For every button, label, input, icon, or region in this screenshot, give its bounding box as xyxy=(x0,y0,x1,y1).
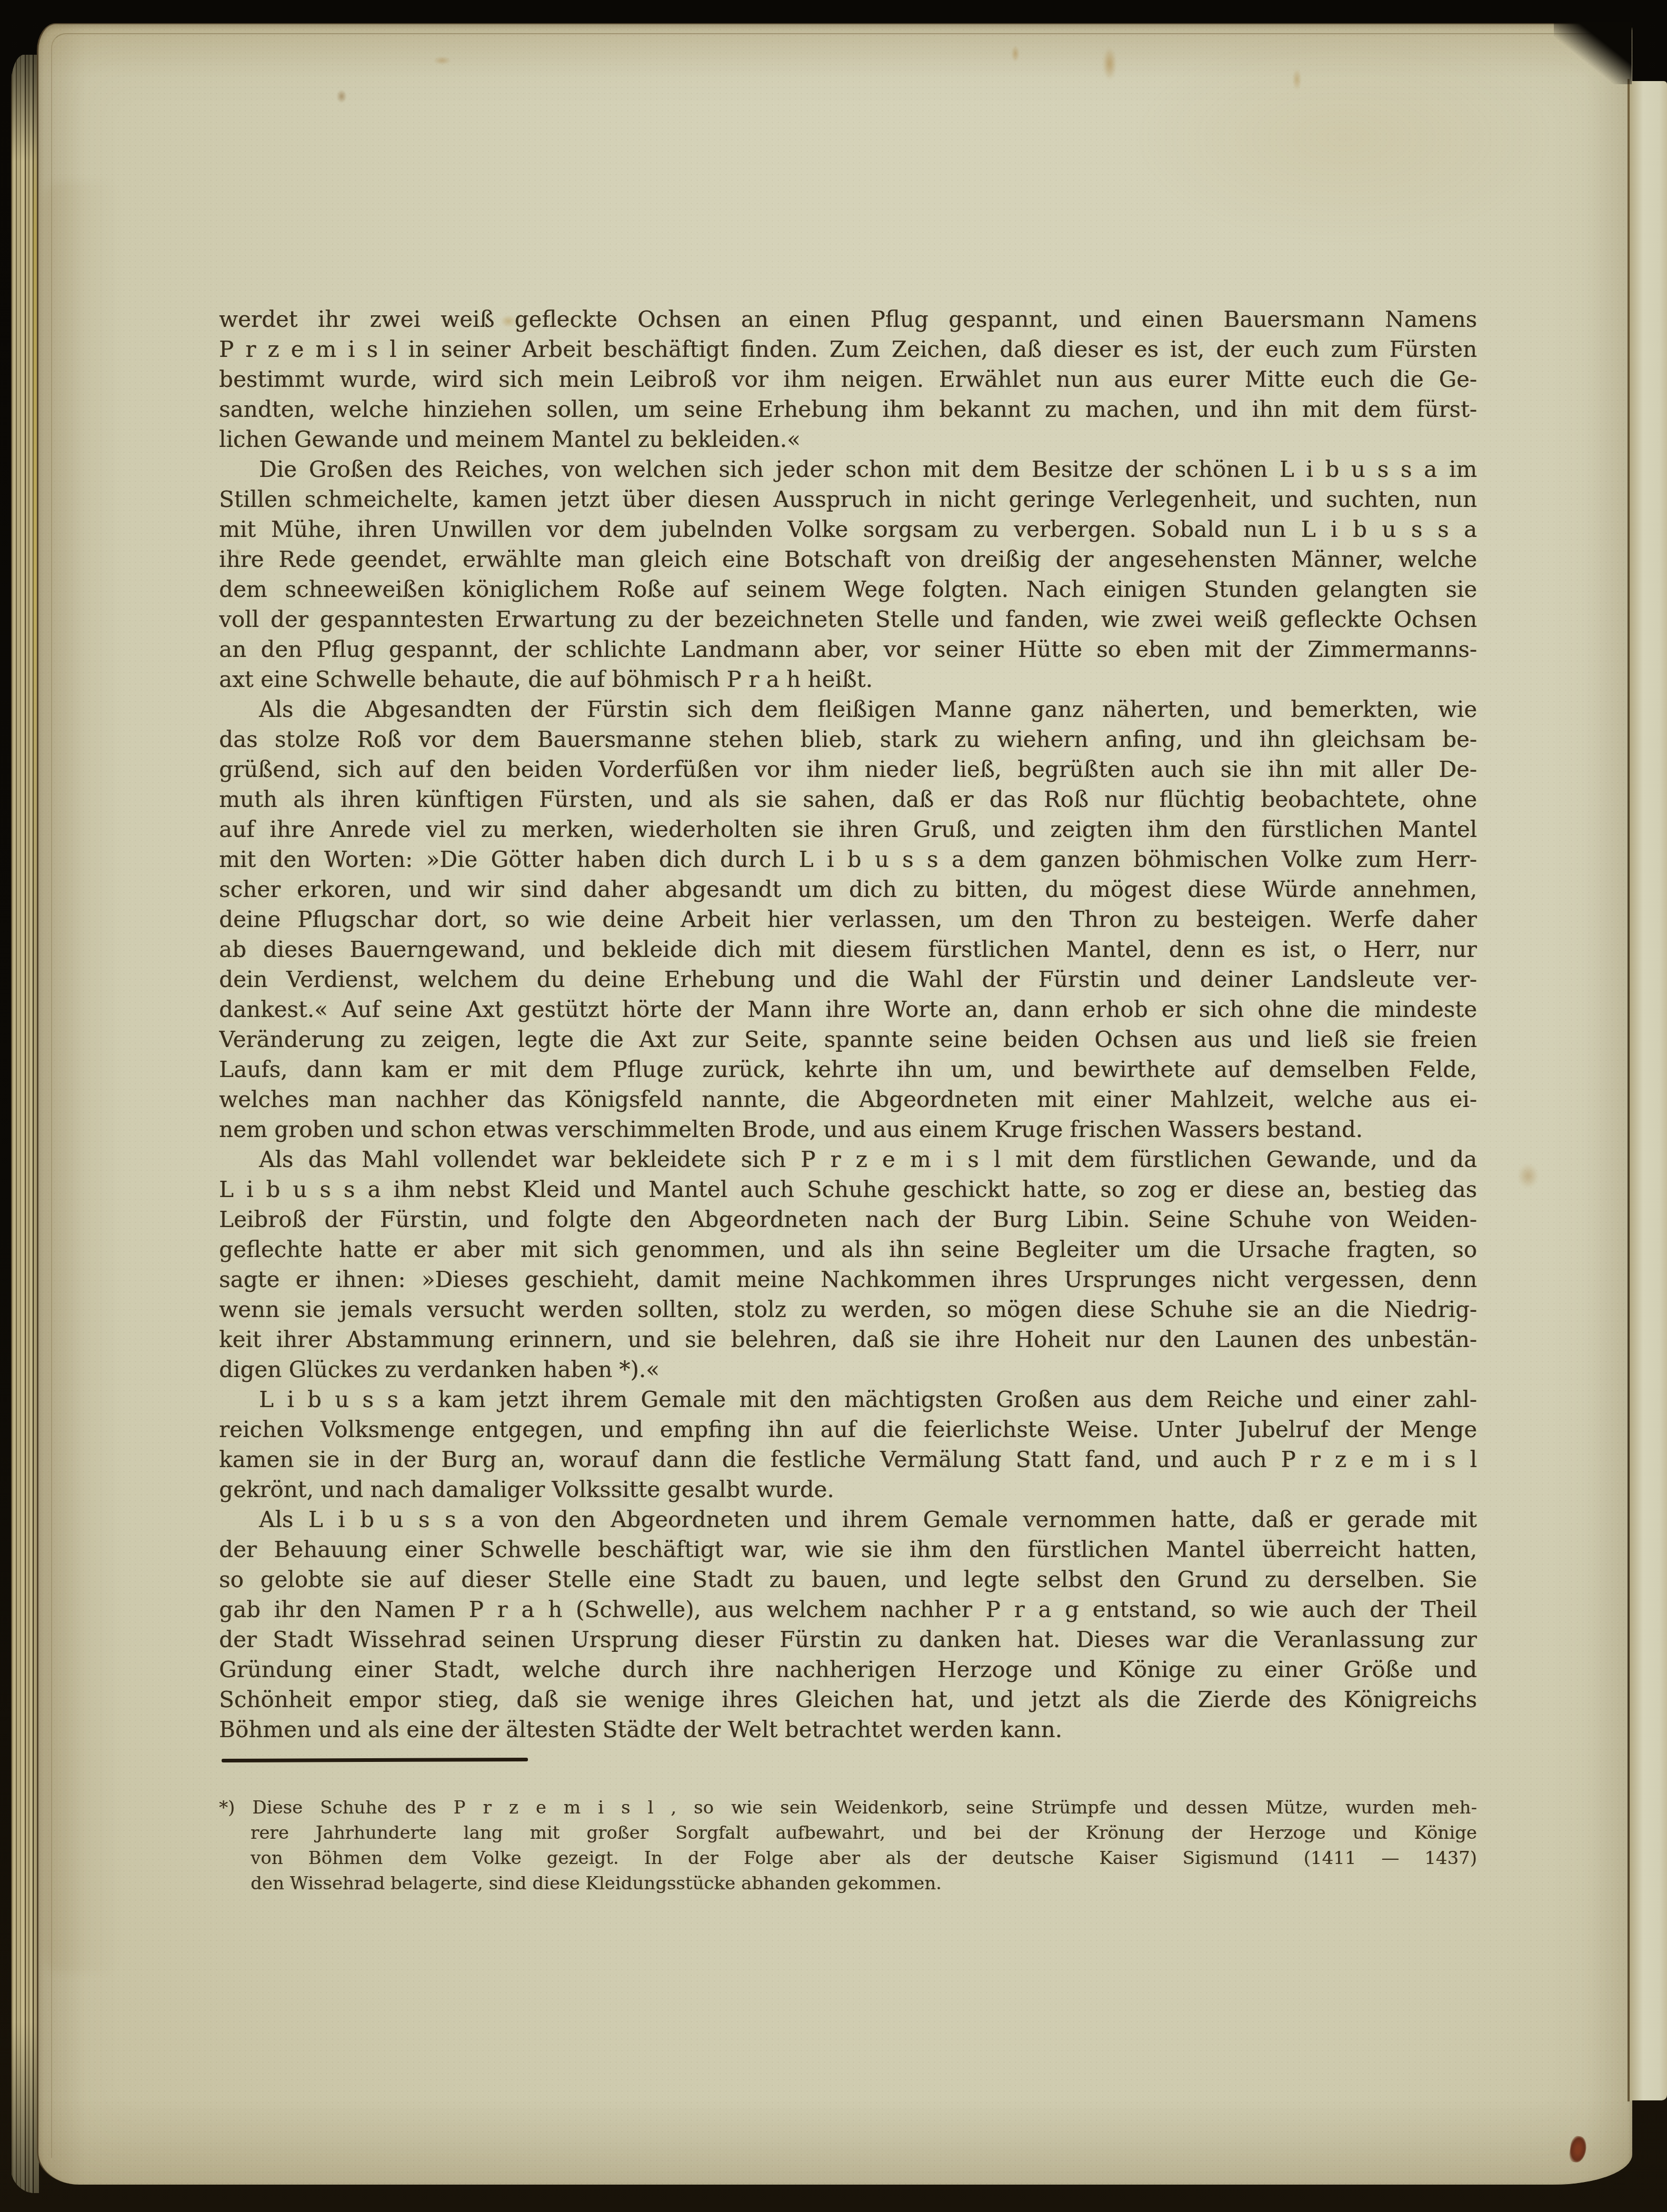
paragraph: werdet ihr zwei weiß gefleckte Ochsen an… xyxy=(219,304,1477,454)
text-line: Schönheit empor stieg, daß sie wenige ih… xyxy=(219,1685,1477,1715)
text-line: Stillen schmeichelte, kamen jetzt über d… xyxy=(219,484,1477,514)
text-line: scher erkoren, und wir sind daher abgesa… xyxy=(219,874,1477,904)
text-line: der Behauung einer Schwelle beschäftigt … xyxy=(219,1535,1477,1565)
text-line: nem groben und schon etwas verschimmelte… xyxy=(219,1114,1477,1144)
paragraph: Als das Mahl vollendet war bekleidete si… xyxy=(219,1144,1477,1384)
text-line: dem schneeweißen königlichem Roße auf se… xyxy=(219,574,1477,604)
text-line: L i b u s s a kam jetzt ihrem Gemale mit… xyxy=(219,1384,1477,1414)
foxing-stain xyxy=(1103,47,1116,80)
text-line: sagte er ihnen: »Dieses geschieht, damit… xyxy=(219,1264,1477,1294)
text-line: Veränderung zu zeigen, legte die Axt zur… xyxy=(219,1024,1477,1054)
text-line: mit Mühe, ihren Unwillen vor dem jubelnd… xyxy=(219,514,1477,544)
text-line: dein Verdienst, welchem du deine Erhebun… xyxy=(219,964,1477,994)
text-line: mit den Worten: »Die Götter haben dich d… xyxy=(219,844,1477,874)
text-line: sandten, welche hinziehen sollen, um sei… xyxy=(219,394,1477,424)
text-line: Gründung einer Stadt, welche durch ihre … xyxy=(219,1655,1477,1685)
book-page: werdet ihr zwei weiß gefleckte Ochsen an… xyxy=(37,23,1632,2185)
text-line: voll der gespanntesten Erwartung zu der … xyxy=(219,604,1477,634)
text-line: kamen sie in der Burg an, worauf dann di… xyxy=(219,1444,1477,1474)
text-line: wenn sie jemals versucht werden sollten,… xyxy=(219,1294,1477,1324)
text-line: gab ihr den Namen P r a h (Schwelle), au… xyxy=(219,1595,1477,1625)
text-line: Als L i b u s s a von den Abgeordneten u… xyxy=(219,1504,1477,1535)
text-line: *) Diese Schuhe des P r z e m i s l , so… xyxy=(219,1795,1477,1820)
text-line: P r z e m i s l in seiner Arbeit beschäf… xyxy=(219,334,1477,364)
text-line: welches man nachher das Königsfeld nannt… xyxy=(219,1084,1477,1114)
paragraph: L i b u s s a kam jetzt ihrem Gemale mit… xyxy=(219,1384,1477,1504)
text-line: digen Glückes zu verdanken haben *).« xyxy=(219,1354,1477,1384)
text-line: deine Pflugschar dort, so wie deine Arbe… xyxy=(219,904,1477,934)
foxing-stain xyxy=(1011,45,1020,62)
paragraph: Die Großen des Reiches, von welchen sich… xyxy=(219,454,1477,694)
footnote: *) Diese Schuhe des P r z e m i s l , so… xyxy=(219,1795,1477,1896)
text-line: rere Jahrhunderte lang mit großer Sorgfa… xyxy=(219,1820,1477,1846)
text-line: Als die Abgesandten der Fürstin sich dem… xyxy=(219,694,1477,724)
text-line: Böhmen und als eine der ältesten Städte … xyxy=(219,1715,1477,1745)
foxing-stain xyxy=(1292,68,1302,91)
text-line: keit ihrer Abstammung erinnern, und sie … xyxy=(219,1324,1477,1354)
text-line: werdet ihr zwei weiß gefleckte Ochsen an… xyxy=(219,304,1477,334)
text-line: ihre Rede geendet, erwählte man gleich e… xyxy=(219,544,1477,574)
ink-stain xyxy=(1569,2135,1588,2164)
text-line: Als das Mahl vollendet war bekleidete si… xyxy=(219,1144,1477,1174)
footnote-separator xyxy=(222,1758,528,1762)
text-line: bestimmt wurde, wird sich mein Leibroß v… xyxy=(219,364,1477,394)
text-line: so gelobte sie auf dieser Stelle eine St… xyxy=(219,1565,1477,1595)
text-line: geflechte hatte er aber mit sich genomme… xyxy=(219,1234,1477,1264)
adjacent-page-edge xyxy=(1630,81,1667,2100)
text-line: den Wissehrad belagerte, sind diese Klei… xyxy=(219,1871,1477,1896)
text-line: reichen Volksmenge entgegen, und empfing… xyxy=(219,1414,1477,1444)
text-line: der Stadt Wissehrad seinen Ursprung dies… xyxy=(219,1625,1477,1655)
text-line: das stolze Roß vor dem Bauersmanne stehe… xyxy=(219,724,1477,754)
gutter-discoloration xyxy=(42,182,121,1972)
paragraph: Als die Abgesandten der Fürstin sich dem… xyxy=(219,694,1477,1144)
text-line: lichen Gewande und meinem Mantel zu bekl… xyxy=(219,424,1477,454)
text-line: Laufs, dann kam er mit dem Pfluge zurück… xyxy=(219,1054,1477,1084)
text-line: axt eine Schwelle behaute, die auf böhmi… xyxy=(219,664,1477,694)
text-line: ab dieses Bauerngewand, und bekleide dic… xyxy=(219,934,1477,964)
text-line: gekrönt, und nach damaliger Volkssitte g… xyxy=(219,1474,1477,1504)
text-block: werdet ihr zwei weiß gefleckte Ochsen an… xyxy=(219,304,1477,1745)
paper-discoloration xyxy=(1133,33,1554,243)
foxing-stain xyxy=(1518,1163,1539,1189)
text-line: dankest.« Auf seine Axt gestützt hörte d… xyxy=(219,994,1477,1024)
foxing-stain xyxy=(336,89,347,103)
text-line: Die Großen des Reiches, von welchen sich… xyxy=(219,454,1477,484)
paragraph: Als L i b u s s a von den Abgeordneten u… xyxy=(219,1504,1477,1745)
text-line: von Böhmen dem Volke gezeigt. In der Fol… xyxy=(219,1846,1477,1871)
text-line: auf ihre Anrede viel zu merken, wiederho… xyxy=(219,814,1477,844)
foxing-stain xyxy=(433,56,451,65)
text-line: Leibroß der Fürstin, und folgte den Abge… xyxy=(219,1204,1477,1234)
text-line: an den Pflug gespannt, der schlichte Lan… xyxy=(219,634,1477,664)
scan-corner-shadow xyxy=(1554,22,1632,84)
scanned-book-page: werdet ihr zwei weiß gefleckte Ochsen an… xyxy=(0,0,1667,2212)
text-line: grüßend, sich auf den beiden Vorderfüßen… xyxy=(219,754,1477,784)
text-line: muth als ihren künftigen Fürsten, und al… xyxy=(219,784,1477,814)
text-line: L i b u s s a ihm nebst Kleid und Mantel… xyxy=(219,1174,1477,1204)
